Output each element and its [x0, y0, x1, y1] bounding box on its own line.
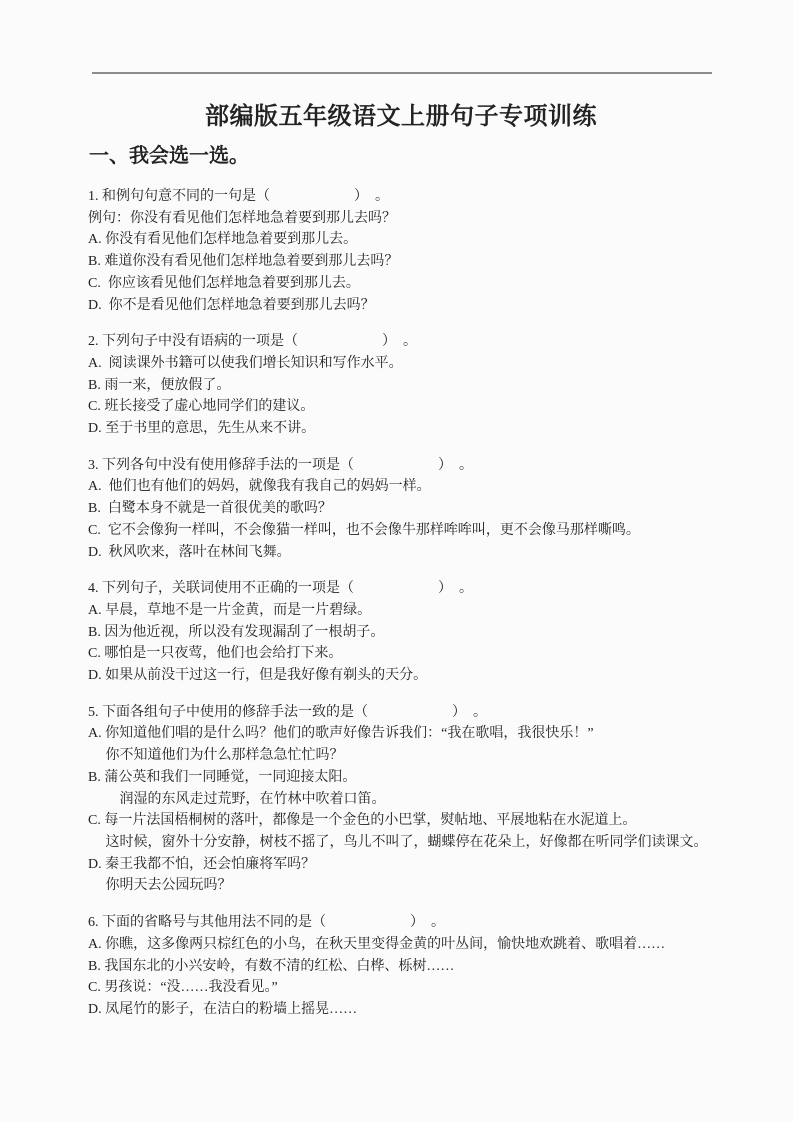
question-block: 1. 和例句句意不同的一句是（ ） 。例句：你没有看见他们怎样地急着要到那儿去吗…	[88, 186, 714, 316]
question-line: 6. 下面的省略号与其他用法不同的是（ ） 。	[88, 912, 714, 934]
question-line: A. 早晨，草地不是一片金黄，而是一片碧绿。	[88, 600, 714, 622]
question-line: B. 因为他近视，所以没有发现漏刮了一根胡子。	[88, 622, 714, 644]
worksheet-page: 部编版五年级语文上册句子专项训练 一、我会选一选。 1. 和例句句意不同的一句是…	[0, 0, 793, 1122]
question-line: D. 秦王我都不怕，还会怕廉将军吗？	[88, 854, 714, 876]
question-line: 润湿的东风走过荒野，在竹林中吹着口笛。	[88, 789, 714, 811]
questions-list: 1. 和例句句意不同的一句是（ ） 。例句：你没有看见他们怎样地急着要到那儿去吗…	[88, 186, 714, 1021]
question-line: A. 他们也有他们的妈妈，就像我有我自己的妈妈一样。	[88, 476, 714, 498]
question-line: 5. 下面各组句子中使用的修辞手法一致的是（ ） 。	[88, 702, 714, 724]
question-line: 你明天去公园玩吗？	[88, 875, 714, 897]
question-line: 你不知道他们为什么那样急急忙忙吗？	[88, 745, 714, 767]
question-line: 例句：你没有看见他们怎样地急着要到那儿去吗？	[88, 208, 714, 230]
question-line: B. 难道你没有看见他们怎样地急着要到那儿去吗？	[88, 251, 714, 273]
question-line: C. 它不会像狗一样叫，不会像猫一样叫，也不会像牛那样哞哞叫，更不会像马那样嘶鸣…	[88, 520, 714, 542]
page-content: 部编版五年级语文上册句子专项训练 一、我会选一选。 1. 和例句句意不同的一句是…	[88, 0, 714, 1021]
question-line: B. 白鹭本身不就是一首很优美的歌吗？	[88, 498, 714, 520]
question-block: 4. 下列句子，关联词使用不正确的一项是（ ） 。A. 早晨，草地不是一片金黄，…	[88, 578, 714, 687]
question-block: 6. 下面的省略号与其他用法不同的是（ ） 。A. 你瞧，这多像两只棕红色的小鸟…	[88, 912, 714, 1021]
question-block: 2. 下列句子中没有语病的一项是（ ） 。A. 阅读课外书籍可以使我们增长知识和…	[88, 331, 714, 440]
question-line: B. 雨一来，便放假了。	[88, 375, 714, 397]
question-line: 3. 下列各句中没有使用修辞手法的一项是（ ） 。	[88, 455, 714, 477]
question-line: D. 凤尾竹的影子，在洁白的粉墙上摇晃……	[88, 999, 714, 1021]
question-line: 这时候，窗外十分安静，树枝不摇了，鸟儿不叫了，蝴蝶停在花朵上，好像都在听同学们读…	[88, 832, 714, 854]
question-line: C. 哪怕是一只夜莺，他们也会给打下来。	[88, 643, 714, 665]
page-title: 部编版五年级语文上册句子专项训练	[88, 102, 714, 132]
question-line: B. 我国东北的小兴安岭，有数不清的红松、白桦、栎树……	[88, 956, 714, 978]
question-line: C. 男孩说：“没……我没看见。”	[88, 977, 714, 999]
question-block: 3. 下列各句中没有使用修辞手法的一项是（ ） 。A. 他们也有他们的妈妈，就像…	[88, 455, 714, 564]
question-line: B. 蒲公英和我们一同睡觉，一同迎接太阳。	[88, 767, 714, 789]
question-line: A. 阅读课外书籍可以使我们增长知识和写作水平。	[88, 353, 714, 375]
question-line: A. 你瞧，这多像两只棕红色的小鸟，在秋天里变得金黄的叶丛间，愉快地欢跳着、歌唱…	[88, 934, 714, 956]
question-line: C. 每一片法国梧桐树的落叶，都像是一个金色的小巴掌，熨帖地、平展地粘在水泥道上…	[88, 810, 714, 832]
question-line: D. 至于书里的意思，先生从来不讲。	[88, 418, 714, 440]
question-block: 5. 下面各组句子中使用的修辞手法一致的是（ ） 。A. 你知道他们唱的是什么吗…	[88, 702, 714, 897]
question-line: C. 你应该看见他们怎样地急着要到那儿去。	[88, 273, 714, 295]
question-line: A. 你没有看见他们怎样地急着要到那儿去。	[88, 229, 714, 251]
question-line: C. 班长接受了虚心地同学们的建议。	[88, 396, 714, 418]
question-line: D. 如果从前没干过这一行，但是我好像有剃头的天分。	[88, 665, 714, 687]
question-line: D. 秋风吹来，落叶在林间飞舞。	[88, 542, 714, 564]
question-line: A. 你知道他们唱的是什么吗？他们的歌声好像告诉我们：“我在歌唱，我很快乐！”	[88, 723, 714, 745]
question-line: D. 你不是看见他们怎样地急着要到那儿去吗？	[88, 295, 714, 317]
question-line: 1. 和例句句意不同的一句是（ ） 。	[88, 186, 714, 208]
question-line: 2. 下列句子中没有语病的一项是（ ） 。	[88, 331, 714, 353]
section-heading: 一、我会选一选。	[89, 144, 714, 169]
question-line: 4. 下列句子，关联词使用不正确的一项是（ ） 。	[88, 578, 714, 600]
